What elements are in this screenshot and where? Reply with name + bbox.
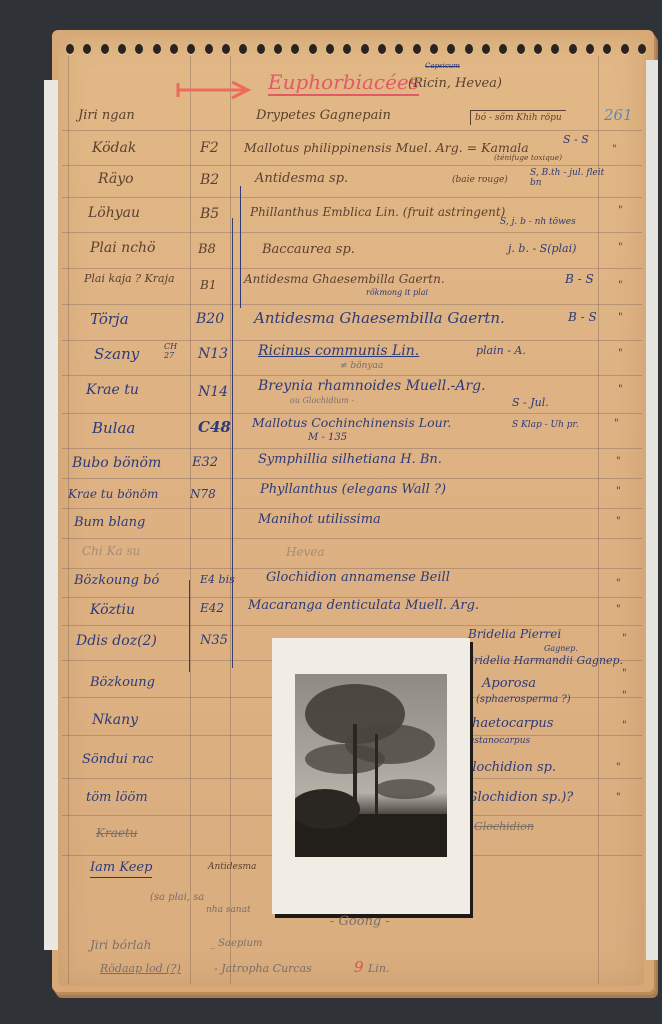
ditto-mark: " (612, 144, 617, 155)
ditto-mark: " (618, 312, 623, 323)
scientific-name: Mallotus Cochinchinensis Lour. (252, 415, 451, 430)
spiral-hole-icon (83, 44, 91, 54)
spiral-hole-icon (309, 44, 317, 54)
right-note: j. b. - S(plai) (508, 242, 576, 255)
specimen-code: F2 (200, 140, 219, 156)
header-vernacular: Jiri ngan (78, 108, 135, 123)
spiral-hole-icon (395, 44, 403, 54)
spiral-hole-icon (638, 44, 646, 54)
entry-note: ≠ bönyaa (340, 361, 383, 371)
ruled-line (62, 304, 642, 305)
right-note: S, B.th - jul. fleit bn (530, 168, 610, 188)
vernacular-name: Rödaap lod (?) (100, 962, 181, 975)
spiral-hole-icon (586, 44, 594, 54)
header-scientific: Drypetes Gagnepain (256, 108, 391, 123)
vernacular-name: Bubo bönöm (72, 455, 161, 471)
spiral-hole-icon (118, 44, 126, 54)
vernacular-name: Bözkoung bó (74, 573, 159, 588)
spiral-hole-icon (378, 44, 386, 54)
vernacular-name-struck: Kraetu (96, 826, 138, 840)
scientific-name: Hevea (286, 545, 325, 559)
ditto-mark: " (616, 792, 621, 803)
right-entry: Glochidion sp. (462, 760, 556, 775)
ruled-line (62, 130, 642, 131)
attached-photograph (272, 638, 470, 914)
spiral-hole-icon (187, 44, 195, 54)
ditto-mark: " (616, 604, 621, 615)
scientific-name: - Jatropha Curcas (214, 962, 312, 975)
scientific-name: Antidesma Ghaesembilla Gaertn. (244, 272, 445, 286)
spiral-hole-icon (326, 44, 334, 54)
footer-note: (sa plai, sa (150, 892, 204, 903)
specimen-code: E32 (192, 455, 218, 470)
title-note: (Ricin, Hevea) (408, 76, 502, 91)
spiral-hole-icon (534, 44, 542, 54)
ruled-line (62, 448, 642, 449)
scientific-name: Manihot utilissima (258, 512, 381, 527)
specimen-code: N14 (198, 384, 228, 400)
right-note: B - S (565, 272, 594, 286)
vernacular-name: Jiri bórlah (90, 938, 151, 952)
ditto-mark: " (616, 456, 621, 467)
red-arrow-icon (176, 80, 252, 100)
ditto-mark: " (622, 668, 627, 679)
column-rule-code (190, 56, 191, 984)
ruled-line (62, 538, 642, 539)
specimen-code: B5 (200, 206, 219, 222)
spiral-hole-icon (343, 44, 351, 54)
vernacular-name: töm lööm (86, 790, 148, 805)
ditto-mark: " (618, 242, 623, 253)
specimen-code: N13 (198, 346, 228, 362)
grouping-line (189, 580, 190, 672)
scientific-name: Symphillia silhetiana H. Bn. (258, 452, 442, 467)
spiral-hole-icon (205, 44, 213, 54)
entry-note: ou Glochidium - (290, 396, 354, 405)
spiral-hole-icon (413, 44, 421, 54)
scientific-name: Phyllanthus (elegans Wall ?) (260, 482, 446, 497)
footer-note: nha sanat (206, 905, 251, 915)
red-annotation: 9 (354, 958, 364, 976)
ruled-line (62, 268, 642, 269)
author-abbrev: Lin. (368, 962, 389, 975)
spiral-hole-icon (239, 44, 247, 54)
right-note: S, j. b - nh töwes (500, 217, 576, 227)
right-entry: castanocarpus (464, 736, 530, 746)
ditto-mark: " (618, 384, 623, 395)
spiral-hole-icon (257, 44, 265, 54)
ruled-line (62, 508, 642, 509)
spiral-holes (66, 44, 646, 58)
scientific-name: Antidesma sp. (255, 171, 348, 186)
scientific-name: Antidesma Ghaesembilla Gaertn. (254, 309, 505, 327)
entry-note: (baie rouge) (452, 175, 508, 185)
vernacular-name: Löhyau (88, 205, 140, 221)
vernacular-name: Bulaa (92, 419, 135, 437)
right-entry: Aporosa (482, 676, 536, 691)
spiral-hole-icon (465, 44, 473, 54)
right-note: S - S (563, 133, 589, 146)
spiral-hole-icon (551, 44, 559, 54)
ruled-line (62, 375, 642, 376)
specimen-code: N78 (190, 487, 216, 501)
ruled-line (62, 478, 642, 479)
scientific-name: Breynia rhamnoides Muell.-Arg. (258, 378, 486, 394)
loose-sheet-left (44, 80, 59, 950)
spiral-hole-icon (222, 44, 230, 54)
scientific-name: Baccaurea sp. (262, 242, 355, 257)
spiral-hole-icon (603, 44, 611, 54)
specimen-code: B20 (196, 311, 224, 327)
vernacular-name: Bum blang (74, 515, 145, 530)
specimen-code: B1 (200, 278, 216, 292)
column-rule-scientific (230, 56, 231, 984)
grouping-line (232, 218, 233, 668)
entry-note: rökmong it plai (366, 288, 428, 297)
page-number: 261 (604, 106, 633, 124)
vernacular-name: Köztiu (90, 602, 135, 618)
vernacular-name: Räyo (98, 171, 134, 187)
ruled-line (62, 165, 642, 166)
page-title: Euphorbiacées (268, 70, 419, 96)
margin-rule-left (68, 56, 69, 984)
spiral-hole-icon (66, 44, 74, 54)
spiral-hole-icon (499, 44, 507, 54)
ditto-mark: " (618, 280, 623, 291)
vernacular-name: Söndui rac (82, 752, 153, 767)
scientific-name: Antidesma (208, 862, 256, 872)
spiral-hole-icon (569, 44, 577, 54)
ditto-mark: " (616, 578, 621, 589)
spiral-hole-icon (447, 44, 455, 54)
ditto-mark: " (614, 418, 619, 429)
grouping-bracket (240, 186, 241, 308)
ditto-mark: " (616, 486, 621, 497)
spiral-hole-icon (170, 44, 178, 54)
specimen-code: B8 (198, 242, 216, 257)
ruled-line (62, 413, 642, 414)
specimen-code: C48 (198, 418, 231, 436)
specimen-code: E4 bis (200, 573, 235, 586)
ruled-line (62, 197, 642, 198)
header-note-box: bó - sõm Khih röpu (470, 110, 566, 125)
spiral-hole-icon (291, 44, 299, 54)
ditto-mark: " (616, 762, 621, 773)
ruled-line (62, 625, 642, 626)
ruled-line (62, 340, 642, 341)
vernacular-superscript: CH 27 (164, 342, 184, 360)
right-note: S - Jul. (512, 396, 549, 409)
spiral-hole-icon (517, 44, 525, 54)
right-note: B - S (568, 310, 597, 324)
ditto-mark: " (618, 205, 623, 216)
tree-silhouette-icon (295, 674, 447, 857)
scientific-name: Macaranga denticulata Muell. Arg. (248, 598, 479, 613)
spiral-hole-icon (135, 44, 143, 54)
photo-caption: - Goong - (330, 914, 390, 929)
ditto-mark: " (622, 720, 627, 731)
vernacular-name: Plai nchö (90, 240, 155, 256)
specimen-code: B2 (200, 172, 219, 188)
vernacular-name: Plai kaja ? Kraja (84, 272, 184, 285)
right-note: S Klap - Uh pr. (512, 420, 579, 430)
right-entry: Gagnep. (544, 644, 578, 653)
scientific-name: Ricinus communis Lin. (258, 343, 419, 359)
ditto-mark: " (616, 516, 621, 527)
tree-photo-image (295, 674, 447, 857)
vernacular-name: Krae tu bönöm (68, 487, 158, 501)
spiral-hole-icon (482, 44, 490, 54)
vernacular-name: Törja (90, 310, 129, 328)
spiral-hole-icon (361, 44, 369, 54)
entry-note: M - 135 (308, 432, 347, 443)
scientific-name: Phillanthus Emblica Lin. (fruit astringe… (250, 205, 505, 219)
title-superscript: Capsicum (425, 62, 460, 70)
right-entry: Bridelia Pierrei (468, 627, 561, 641)
vernacular-name: Chi Ka su (82, 544, 140, 558)
loose-sheet-right (646, 60, 658, 960)
right-entry: (Glochidion sp.)? (462, 790, 573, 805)
vernacular-name: Nkany (92, 712, 138, 728)
ruled-line (62, 232, 642, 233)
scientific-name: Glochidion annamense Beill (266, 570, 450, 585)
vernacular-name: Ddis doz(2) (76, 633, 157, 649)
right-note: plain - A. (476, 344, 526, 357)
spiral-hole-icon (101, 44, 109, 54)
right-entry: Chaetocarpus (462, 716, 553, 731)
ditto-mark: " (618, 348, 623, 359)
vernacular-name: Ködak (92, 140, 136, 156)
ditto-mark: " (622, 690, 627, 701)
vernacular-name: Szany (94, 345, 139, 363)
spiral-hole-icon (153, 44, 161, 54)
entry-note: (ténifuge toxique) (494, 153, 562, 162)
right-entry: (sphaerosperma ?) (476, 694, 571, 705)
specimen-code: E42 (200, 601, 224, 615)
right-entry: Bridelia Harmandii Gagnep. (466, 654, 646, 667)
vernacular-name: Bözkoung (90, 675, 155, 690)
ditto-mark: " (622, 633, 627, 644)
scientific-name: _ Saepium (210, 938, 262, 949)
vernacular-name: Iam Keep (90, 860, 152, 878)
spiral-hole-icon (274, 44, 282, 54)
ruled-line (62, 568, 642, 569)
right-entry-struck: Glochidion (474, 820, 534, 833)
specimen-code: N35 (200, 633, 228, 648)
spiral-hole-icon (430, 44, 438, 54)
column-rule-ditto (598, 56, 599, 984)
scientific-name: Mallotus philippinensis Muel. Arg. = Kam… (244, 140, 529, 155)
vernacular-name: Krae tu (86, 382, 139, 398)
spiral-hole-icon (621, 44, 629, 54)
